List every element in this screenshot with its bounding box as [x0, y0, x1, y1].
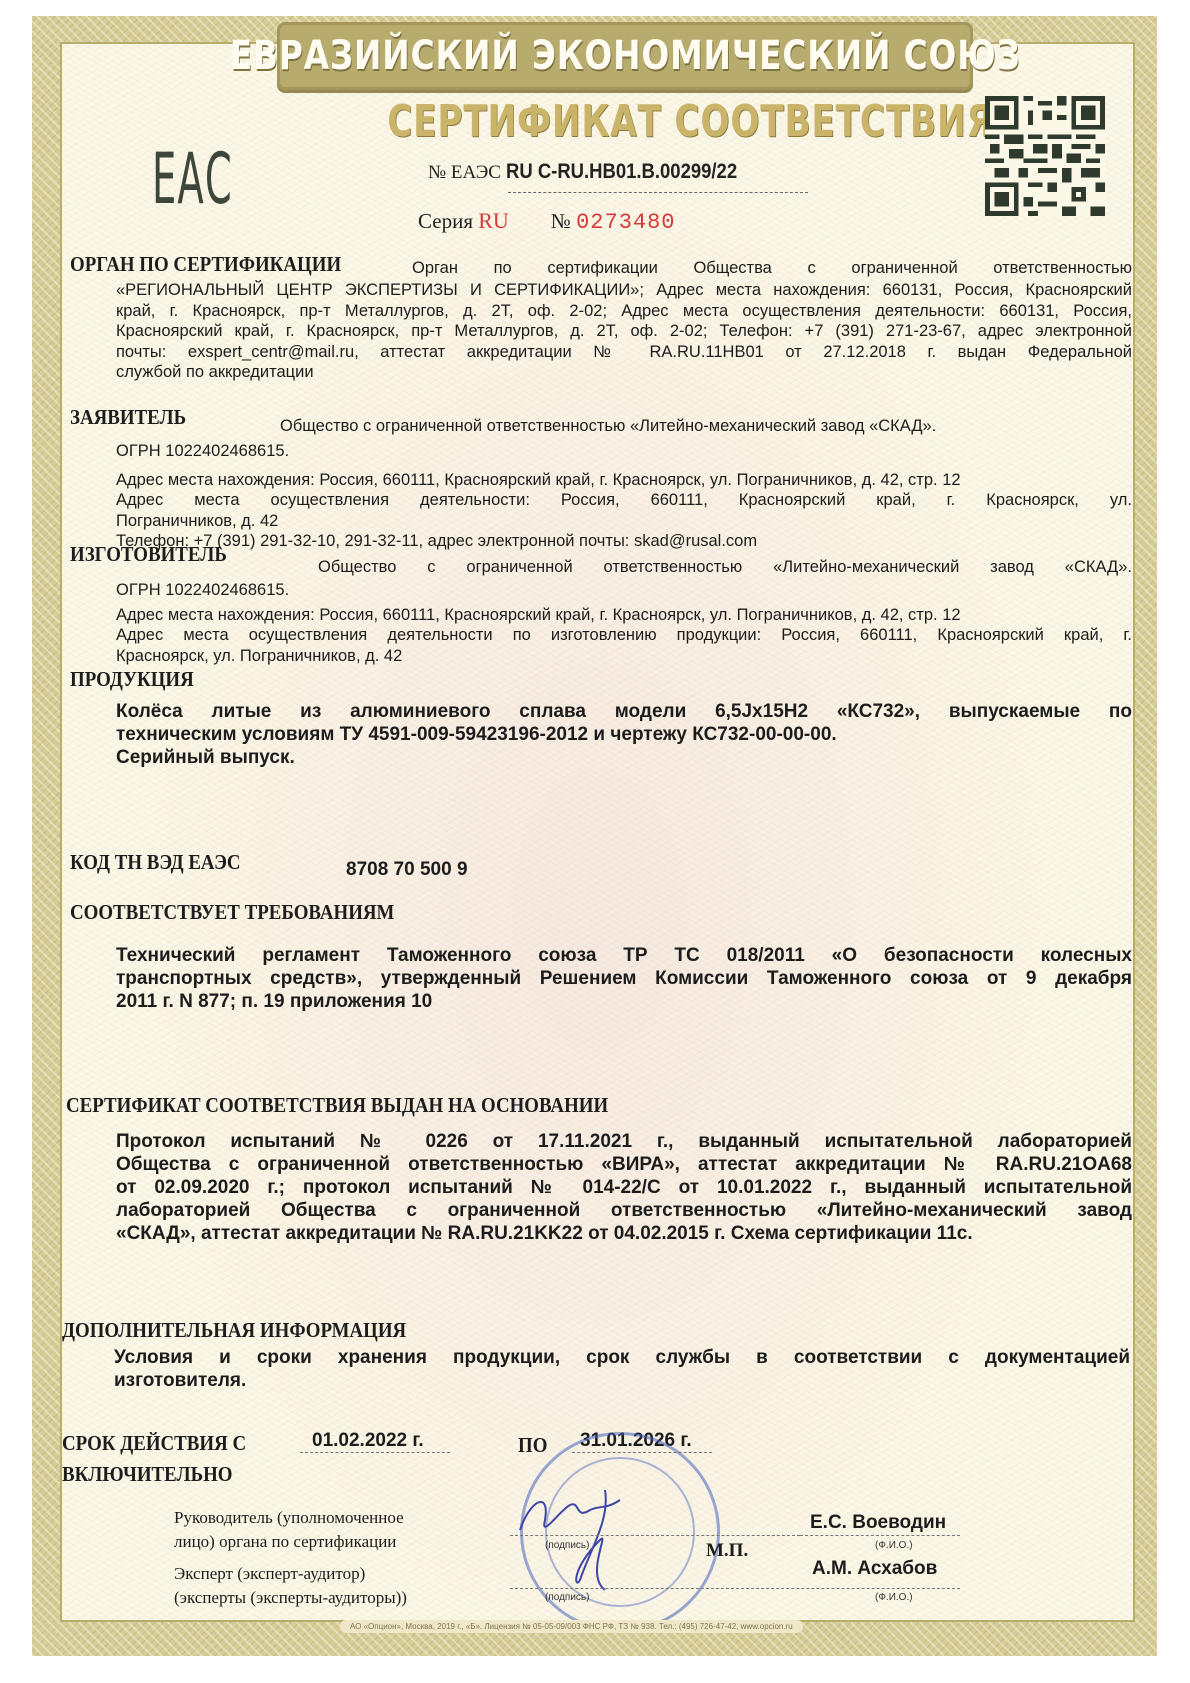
product-description: Колёса литые из алюминиевого сплава моде…: [116, 700, 1132, 769]
applicant-heading: ЗАЯВИТЕЛЬ: [70, 405, 186, 430]
additional-info-line: Условия и сроки хранения продукции, срок…: [114, 1346, 1130, 1369]
applicant-details: ОГРН 1022402468615. Адрес места нахожден…: [116, 441, 1132, 552]
validity-date-from: 01.02.2022 г.: [312, 1429, 424, 1452]
additional-info-text: Условия и сроки хранения продукции, срок…: [114, 1346, 1130, 1392]
series-label: Серия: [418, 209, 473, 233]
basis-text: Протокол испытаний № 0226 от 17.11.2021 …: [116, 1130, 1132, 1245]
document-title: СЕРТИФИКАТ СООТВЕТСТВИЯ: [387, 96, 793, 147]
date-from-underline: [300, 1452, 450, 1453]
expert-fio-caption: (Ф.И.О.): [875, 1592, 913, 1603]
cert-body-text-block: «РЕГИОНАЛЬНЫЙ ЦЕНТР ЭКСПЕРТИЗЫ И СЕРТИФИ…: [116, 280, 1132, 383]
additional-info-heading: ДОПОЛНИТЕЛЬНАЯ ИНФОРМАЦИЯ: [62, 1318, 406, 1343]
seal-label: М.П.: [706, 1540, 748, 1562]
expert-label: Эксперт (эксперт-аудитор) (эксперты (экс…: [174, 1562, 407, 1610]
basis-line: лабораторией Общества с ограниченной отв…: [116, 1199, 1132, 1222]
tn-ved-heading: КОД ТН ВЭД ЕАЭС: [70, 850, 241, 875]
manufacturer-address: Адрес места нахождения: Россия, 660111, …: [116, 605, 1132, 626]
manufacturer-name: Общество с ограниченной ответственностью…: [318, 557, 1132, 578]
basis-line: «СКАД», аттестат аккредитации № RA.RU.21…: [116, 1222, 1132, 1245]
product-line: техническим условиям ТУ 4591-009-5942319…: [116, 723, 1132, 746]
certificate-number-value: RU C-RU.HB01.B.00299/22: [506, 160, 737, 184]
eac-logo-icon: ЕАС: [152, 138, 233, 220]
applicant-name: Общество с ограниченной ответственностью…: [280, 416, 1140, 437]
requirements-line: Технический регламент Таможенного союза …: [116, 944, 1132, 967]
validity-from-label: СРОК ДЕЙСТВИЯ С: [62, 1431, 246, 1456]
applicant-name-text: Общество с ограниченной ответственностью…: [280, 416, 1140, 437]
cert-body-line: Красноярский край, г. Красноярск, пр-т М…: [116, 321, 1132, 342]
head-name: Е.С. Воеводин: [810, 1512, 946, 1534]
head-fio-line: [800, 1535, 960, 1536]
manufacturer-production-address: Адрес места осуществления деятельности п…: [116, 625, 1132, 646]
manufacturer-ogrn: ОГРН 1022402468615.: [116, 580, 1132, 601]
basis-line: Общества с ограниченной ответственностью…: [116, 1153, 1132, 1176]
cert-body-text: Орган по сертификации Общества с огранич…: [412, 258, 1132, 279]
product-line: Колёса литые из алюминиевого сплава моде…: [116, 700, 1132, 723]
applicant-activity-address: Адрес места осуществления деятельности: …: [116, 490, 1132, 511]
applicant-activity-address: Пограничников, д. 42: [116, 511, 1132, 532]
cert-body-line: службой по аккредитации: [116, 362, 1132, 383]
requirements-line: 2011 г. N 877; п. 19 приложения 10: [116, 990, 1132, 1013]
expert-signature-line: [510, 1588, 960, 1589]
cert-body-heading: ОРГАН ПО СЕРТИФИКАЦИИ: [70, 252, 341, 277]
head-fio-caption: (Ф.И.О.): [875, 1540, 913, 1551]
head-label-line: Руководитель (уполномоченное: [174, 1506, 404, 1530]
head-of-body-label: Руководитель (уполномоченное лицо) орган…: [174, 1506, 404, 1554]
expert-label-line: Эксперт (эксперт-аудитор): [174, 1562, 407, 1586]
certificate-number-label: № ЕАЭС: [428, 162, 501, 183]
blank-number-value: 0273480: [576, 210, 675, 235]
expert-signature-caption: (подпись): [545, 1592, 589, 1603]
applicant-ogrn: ОГРН 1022402468615.: [116, 441, 1132, 462]
applicant-contacts: Телефон: +7 (391) 291-32-10, 291-32-11, …: [116, 531, 1132, 552]
requirements-heading: СООТВЕТСТВУЕТ ТРЕБОВАНИЯМ: [70, 900, 394, 925]
series-value: RU: [478, 208, 509, 233]
union-banner-text: ЕВРАЗИЙСКИЙ ЭКОНОМИЧЕСКИЙ СОЮЗ: [230, 33, 1021, 79]
additional-info-line: изготовителя.: [114, 1369, 1130, 1392]
cert-body-line: почты: exspert_centr@mail.ru, аттестат а…: [116, 342, 1132, 363]
manufacturer-name-text: Общество с ограниченной ответственностью…: [318, 557, 1132, 578]
manufacturer-production-address: Красноярск, ул. Пограничников, д. 42: [116, 646, 1132, 667]
blank-number-label: №: [551, 209, 571, 233]
applicant-address: Адрес места нахождения: Россия, 660111, …: [116, 470, 1132, 491]
union-banner: ЕВРАЗИЙСКИЙ ЭКОНОМИЧЕСКИЙ СОЮЗ: [277, 22, 973, 90]
validity-inclusive-label: ВКЛЮЧИТЕЛЬНО: [62, 1462, 232, 1487]
head-signature-line: [510, 1535, 800, 1536]
requirements-text: Технический регламент Таможенного союза …: [116, 944, 1132, 1013]
basis-heading: СЕРТИФИКАТ СООТВЕТСТВИЯ ВЫДАН НА ОСНОВАН…: [66, 1093, 608, 1118]
qr-code-icon: [985, 96, 1105, 216]
product-heading: ПРОДУКЦИЯ: [70, 667, 194, 692]
manufacturer-details: ОГРН 1022402468615. Адрес места нахожден…: [116, 580, 1132, 666]
validity-to-label: ПО: [518, 1433, 547, 1458]
basis-line: Протокол испытаний № 0226 от 17.11.2021 …: [116, 1130, 1132, 1153]
expert-label-line: (эксперты (эксперты-аудиторы)): [174, 1586, 407, 1610]
basis-line: от 02.09.2020 г.; протокол испытаний № 0…: [116, 1176, 1132, 1199]
blank-series: Серия RU № 0273480: [418, 208, 676, 235]
cert-body-line: край, г. Красноярск, пр-т Металлургов, д…: [116, 301, 1132, 322]
tn-ved-code: 8708 70 500 9: [346, 858, 468, 881]
head-label-line: лицо) органа по сертификации: [174, 1530, 404, 1554]
certificate-number-underline: [508, 192, 808, 193]
head-signature-caption: (подпись): [545, 1540, 589, 1551]
expert-name: А.М. Асхабов: [812, 1558, 937, 1580]
certificate-number: № ЕАЭС RU C-RU.HB01.B.00299/22: [428, 160, 769, 184]
cert-body-line-1: Орган по сертификации Общества с огранич…: [412, 258, 1132, 279]
requirements-line: транспортных средств», утвержденный Реше…: [116, 967, 1132, 990]
cert-body-line: «РЕГИОНАЛЬНЫЙ ЦЕНТР ЭКСПЕРТИЗЫ И СЕРТИФИ…: [116, 280, 1132, 301]
manufacturer-heading: ИЗГОТОВИТЕЛЬ: [70, 542, 227, 567]
printer-footer: АО «Опцион», Москва, 2019 г., «Б». Лицен…: [340, 1620, 803, 1633]
product-line: Серийный выпуск.: [116, 746, 1132, 769]
